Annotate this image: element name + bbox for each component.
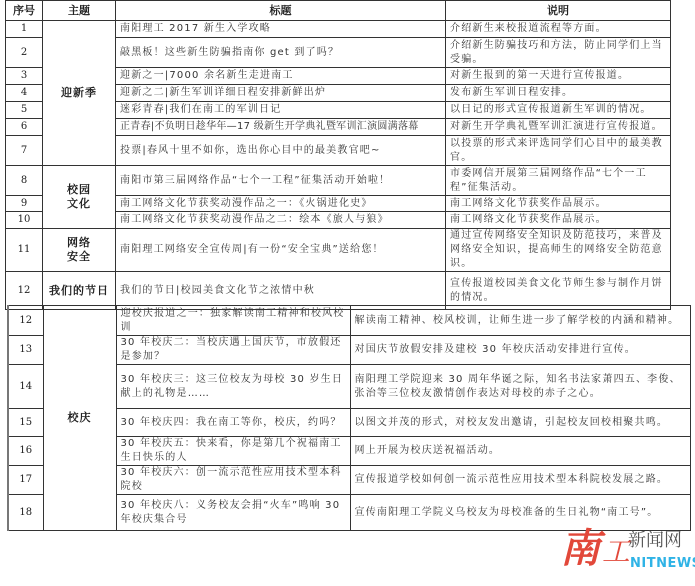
nitnews-watermark-logo: 南 工 新闻网 NITNEWS bbox=[560, 522, 690, 582]
row-title: 30 年校庆三：这三位校友为母校 30 岁生日献上的礼物是…… bbox=[116, 365, 350, 409]
row-number: 8 bbox=[6, 166, 43, 196]
header-index: 序号 bbox=[6, 1, 43, 21]
topics-table-part2: 12 校庆 迎校庆报道之一：独家解读南工精神和校风校训 解读南工精神、校风校训，… bbox=[7, 305, 691, 531]
row-desc: 以图文并茂的形式，对校友发出邀请，引起校友回校相聚共鸣。 bbox=[350, 409, 690, 437]
row-title: 南阳理工网络安全宣传周|有一份“安全宝典”送给您！ bbox=[116, 229, 446, 272]
row-desc: 南工网络文化节获奖作品展示。 bbox=[446, 196, 671, 212]
row-desc: 介绍新生来校报道流程等方面。 bbox=[446, 21, 671, 38]
row-number: 6 bbox=[6, 119, 43, 136]
row-desc: 网上开展为校庆送祝福活动。 bbox=[350, 437, 690, 466]
row-desc: 发布新生军训日程安排。 bbox=[446, 85, 671, 102]
row-number: 4 bbox=[6, 85, 43, 102]
row-number: 13 bbox=[8, 336, 43, 365]
row-number: 15 bbox=[8, 409, 43, 437]
row-title: 30 年校庆五：快来看，你是第几个祝福南工生日快乐的人 bbox=[116, 437, 350, 466]
topic-cell: 我们的节日 bbox=[43, 272, 116, 310]
row-number: 1 bbox=[6, 21, 43, 38]
row-number: 12 bbox=[6, 272, 43, 310]
row-desc: 市委网信开展第三届网络作品“七个一工程”征集活动。 bbox=[446, 166, 671, 196]
row-desc: 以日记的形式宣传报道新生军训的情况。 bbox=[446, 102, 671, 119]
row-desc: 对国庆节放假安排及建校 30 年校庆活动安排进行宣传。 bbox=[350, 336, 690, 365]
row-desc: 介绍新生防骗技巧和方法，防止同学们上当受骗。 bbox=[446, 38, 671, 68]
row-title: 迎新之一|7000 余名新生走进南工 bbox=[116, 68, 446, 85]
logo-text-en: NITNEWS bbox=[630, 556, 695, 572]
row-desc: 宣传报道校园美食文化节师生参与制作月饼的情况。 bbox=[446, 272, 671, 310]
row-desc: 解读南工精神、校风校训，让师生进一步了解学校的内涵和精神。 bbox=[350, 306, 690, 336]
row-title: 30 年校庆四：我在南工等你，校庆，约吗？ bbox=[116, 409, 350, 437]
row-number: 5 bbox=[6, 102, 43, 119]
row-number: 2 bbox=[6, 38, 43, 68]
header-desc: 说明 bbox=[446, 1, 671, 21]
row-desc: 通过宣传网络安全知识及防范技巧，来普及网络安全知识，提高师生的网络安全防范意识。 bbox=[446, 229, 671, 272]
row-number: 11 bbox=[6, 229, 43, 272]
header-topic: 主题 bbox=[43, 1, 116, 21]
row-number: 16 bbox=[8, 437, 43, 466]
topic-cell: 校庆 bbox=[43, 306, 116, 531]
row-title: 30 年校庆八：义务校友会捐“火车”鸣响 30 年校庆集合号 bbox=[116, 495, 350, 531]
row-title: 迷彩青春|我们在南工的军训日记 bbox=[116, 102, 446, 119]
row-title: 南阳市第三届网络作品“七个一工程”征集活动开始啦！ bbox=[116, 166, 446, 196]
row-number: 17 bbox=[8, 466, 43, 495]
row-number: 18 bbox=[8, 495, 43, 531]
topic-cell: 网络 安全 bbox=[43, 229, 116, 272]
row-desc: 南工网络文化节获奖作品展示。 bbox=[446, 212, 671, 229]
topic-cell: 校园 文化 bbox=[43, 166, 116, 229]
topic-cell: 迎新季 bbox=[43, 21, 116, 166]
row-title: 南工网络文化节获奖动漫作品之一：《火锅进化史》 bbox=[116, 196, 446, 212]
row-desc: 宣传报道学校如何创一流示范性应用技术型本科院校发展之路。 bbox=[350, 466, 690, 495]
row-desc: 对新生开学典礼暨军训汇演进行宣传报道。 bbox=[446, 119, 671, 136]
row-title: 南阳理工 2017 新生入学攻略 bbox=[116, 21, 446, 38]
logo-glyph-nan: 南 bbox=[560, 524, 600, 574]
row-title: 敲黑板！这些新生防骗指南你 get 到了吗？ bbox=[116, 38, 446, 68]
row-title: 迎新之二|新生军训详细日程安排新鲜出炉 bbox=[116, 85, 446, 102]
row-number: 12 bbox=[8, 306, 43, 336]
row-desc: 南阳理工学院迎来 30 周年华诞之际，知名书法家萧四五、李俊、张治等三位校友激情… bbox=[350, 365, 690, 409]
row-number: 7 bbox=[6, 136, 43, 166]
row-number: 9 bbox=[6, 196, 43, 212]
table-row: 11 网络 安全 南阳理工网络安全宣传周|有一份“安全宝典”送给您！ 通过宣传网… bbox=[6, 229, 671, 272]
row-number: 14 bbox=[8, 365, 43, 409]
row-title: 南工网络文化节获奖动漫作品之二：绘本《旅人与狼》 bbox=[116, 212, 446, 229]
row-number: 10 bbox=[6, 212, 43, 229]
logo-text-cn: 新闻网 bbox=[628, 530, 682, 552]
table-row: 8 校园 文化 南阳市第三届网络作品“七个一工程”征集活动开始啦！ 市委网信开展… bbox=[6, 166, 671, 196]
row-title: 30 年校庆六：创一流示范性应用技术型本科院校 bbox=[116, 466, 350, 495]
row-title: 投票|春风十里不如你，选出你心目中的最美教官吧~ bbox=[116, 136, 446, 166]
row-title: 迎校庆报道之一：独家解读南工精神和校风校训 bbox=[116, 306, 350, 336]
table-header-row: 序号 主题 标题 说明 bbox=[6, 1, 671, 21]
table-row: 1 迎新季 南阳理工 2017 新生入学攻略 介绍新生来校报道流程等方面。 bbox=[6, 21, 671, 38]
row-desc: 对新生报到的第一天进行宣传报道。 bbox=[446, 68, 671, 85]
row-number: 3 bbox=[6, 68, 43, 85]
row-title: 30 年校庆二：当校庆遇上国庆节，市放假还是参加？ bbox=[116, 336, 350, 365]
row-title: 正青春|不负明日趁华年—17 级新生开学典礼暨军训汇演圆满落幕 bbox=[116, 119, 446, 136]
logo-glyph-gong: 工 bbox=[602, 534, 630, 570]
table-row: 12 校庆 迎校庆报道之一：独家解读南工精神和校风校训 解读南工精神、校风校训，… bbox=[8, 306, 690, 336]
header-title: 标题 bbox=[116, 1, 446, 21]
row-title: 我们的节日|校园美食文化节之浓情中秋 bbox=[116, 272, 446, 310]
topics-table-part1: 序号 主题 标题 说明 1 迎新季 南阳理工 2017 新生入学攻略 介绍新生来… bbox=[5, 0, 671, 310]
row-desc: 以投票的形式来评选同学们心目中的最美教官。 bbox=[446, 136, 671, 166]
table-row: 12 我们的节日 我们的节日|校园美食文化节之浓情中秋 宣传报道校园美食文化节师… bbox=[6, 272, 671, 310]
